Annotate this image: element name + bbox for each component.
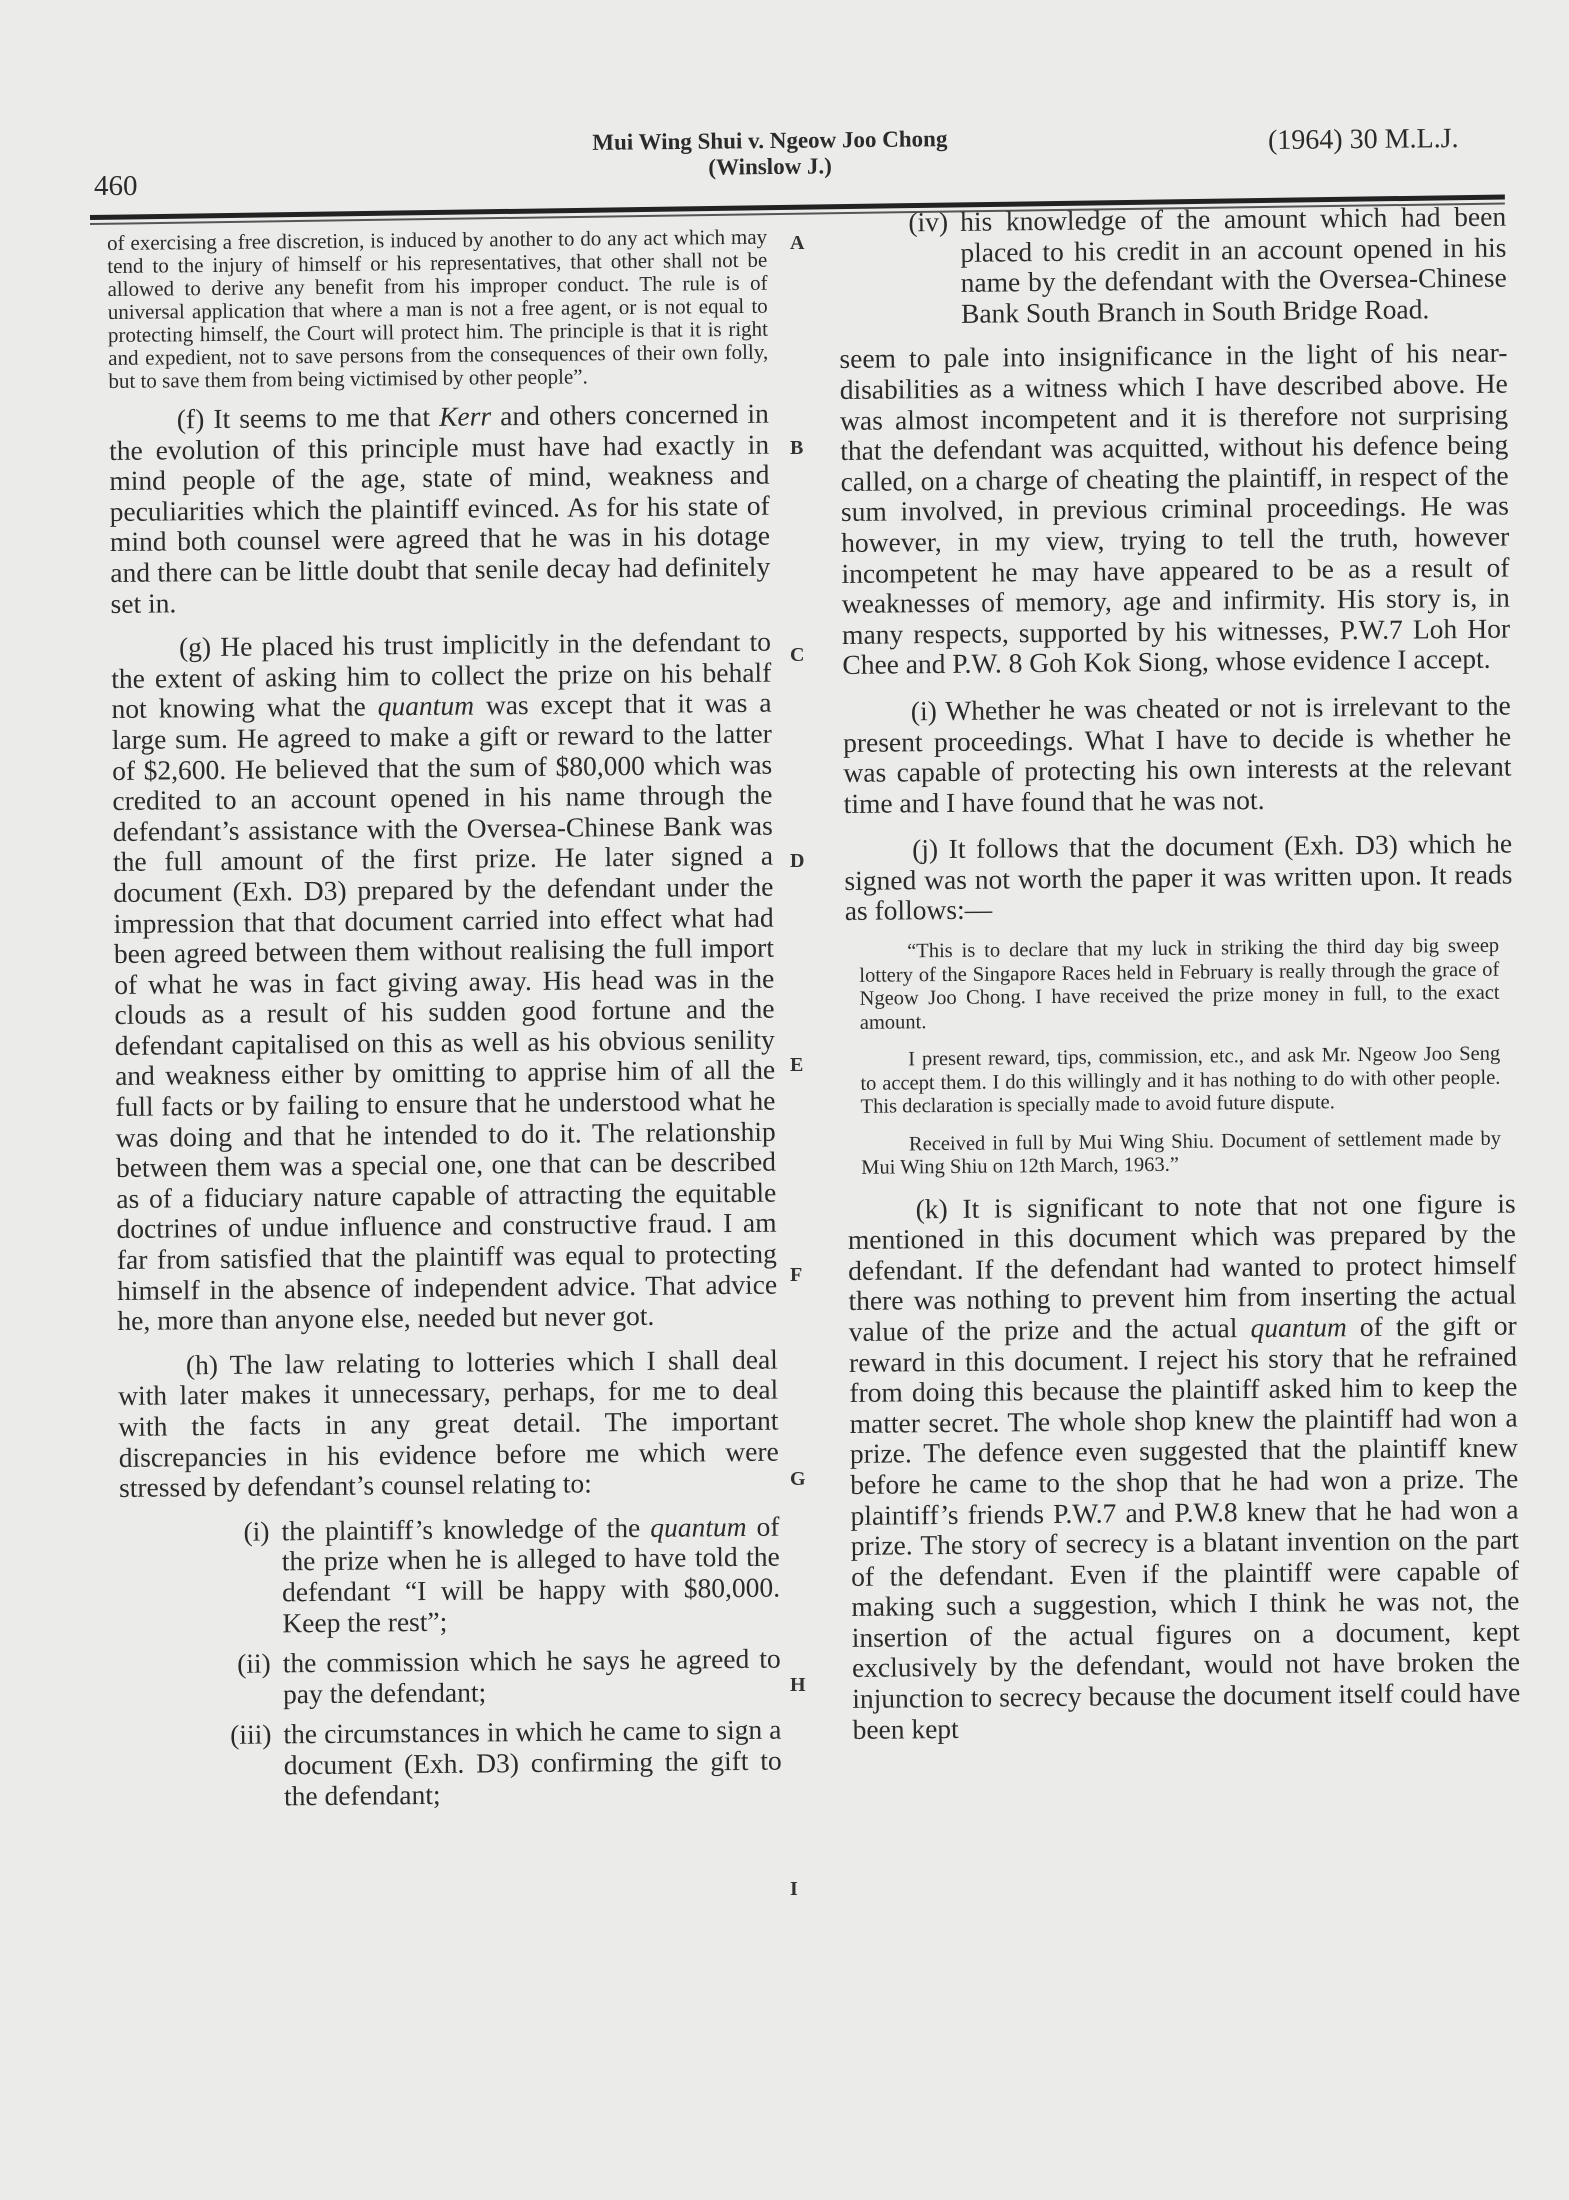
running-head: Mui Wing Shui v. Ngeow Joo Chong (Winslo… <box>520 125 1021 182</box>
margin-letter-h: H <box>790 1674 806 1697</box>
latin-term-italic: quantum <box>650 1511 747 1543</box>
paragraph-h: (h) The law relating to lotteries which … <box>118 1344 779 1503</box>
margin-letter-b: B <box>790 437 803 460</box>
list-item-iii: (iii) the circumstances in which he came… <box>121 1715 782 1813</box>
paragraph-k: (k) It is significant to note that not o… <box>847 1188 1520 1745</box>
paragraph-j: (j) It follows that the document (Exh. D… <box>844 829 1513 927</box>
quote-paragraph: “This is to declare that my luck in stri… <box>845 935 1514 1035</box>
margin-letter-i: I <box>790 1878 798 1901</box>
paragraph-g: (g) He placed his trust implicitly in th… <box>111 627 778 1337</box>
list-number: (i) <box>199 1516 282 1639</box>
page-number: 460 <box>94 170 138 203</box>
paragraph-label: (f) <box>177 403 205 434</box>
paragraph-i: (i) Whether he was cheated or not is irr… <box>843 690 1512 819</box>
quote-paragraph: I present reward, tips, commission, etc.… <box>846 1043 1515 1120</box>
paragraph-f: (f) It seems to me that Kerr and others … <box>109 399 771 619</box>
citation: (1964) 30 M.L.J. <box>1268 123 1459 157</box>
paragraph-label: (k) <box>915 1193 947 1224</box>
judge-name: (Winslow J.) <box>520 151 1020 182</box>
exhibit-d3-quote: “This is to declare that my luck in stri… <box>845 935 1515 1181</box>
paragraph-continuation: seem to pale into insignificance in the … <box>839 338 1510 681</box>
latin-term-italic: quantum <box>378 690 475 722</box>
margin-letter-e: E <box>790 1054 803 1077</box>
case-name-italic: Kerr <box>439 400 491 431</box>
paragraph-label: (j) <box>912 833 938 864</box>
quoted-judgment-continuation: of exercising a free discretion, is indu… <box>107 226 769 393</box>
quote-paragraph: Received in full by Mui Wing Shiu. Docum… <box>847 1127 1515 1180</box>
law-report-page: 460 Mui Wing Shui v. Ngeow Joo Chong (Wi… <box>0 0 1569 2200</box>
margin-letter-g: G <box>790 1468 806 1491</box>
list-number: (ii) <box>201 1649 284 1711</box>
list-item-ii: (ii) the commission which he says he agr… <box>121 1644 782 1712</box>
case-title: Mui Wing Shui v. Ngeow Joo Chong <box>520 125 1020 156</box>
margin-letter-c: C <box>790 644 804 667</box>
paragraph-label: (g) <box>179 631 211 662</box>
list-number: (iii) <box>201 1720 284 1813</box>
left-column: of exercising a free discretion, is indu… <box>107 226 782 1823</box>
latin-term-italic: quantum <box>1250 1311 1347 1343</box>
margin-letter-f: F <box>790 1264 802 1287</box>
list-item-i: (i) the plaintiff’s knowledge of the qua… <box>119 1511 780 1640</box>
margin-letter-a: A <box>790 232 804 255</box>
list-number: (iv) <box>878 207 961 330</box>
margin-letter-d: D <box>790 850 804 873</box>
right-column: (iv) his knowledge of the amount which h… <box>838 202 1521 1756</box>
paragraph-label: (i) <box>911 695 937 726</box>
paragraph-label: (h) <box>186 1349 218 1380</box>
list-item-iv: (iv) his knowledge of the amount which h… <box>838 202 1507 331</box>
